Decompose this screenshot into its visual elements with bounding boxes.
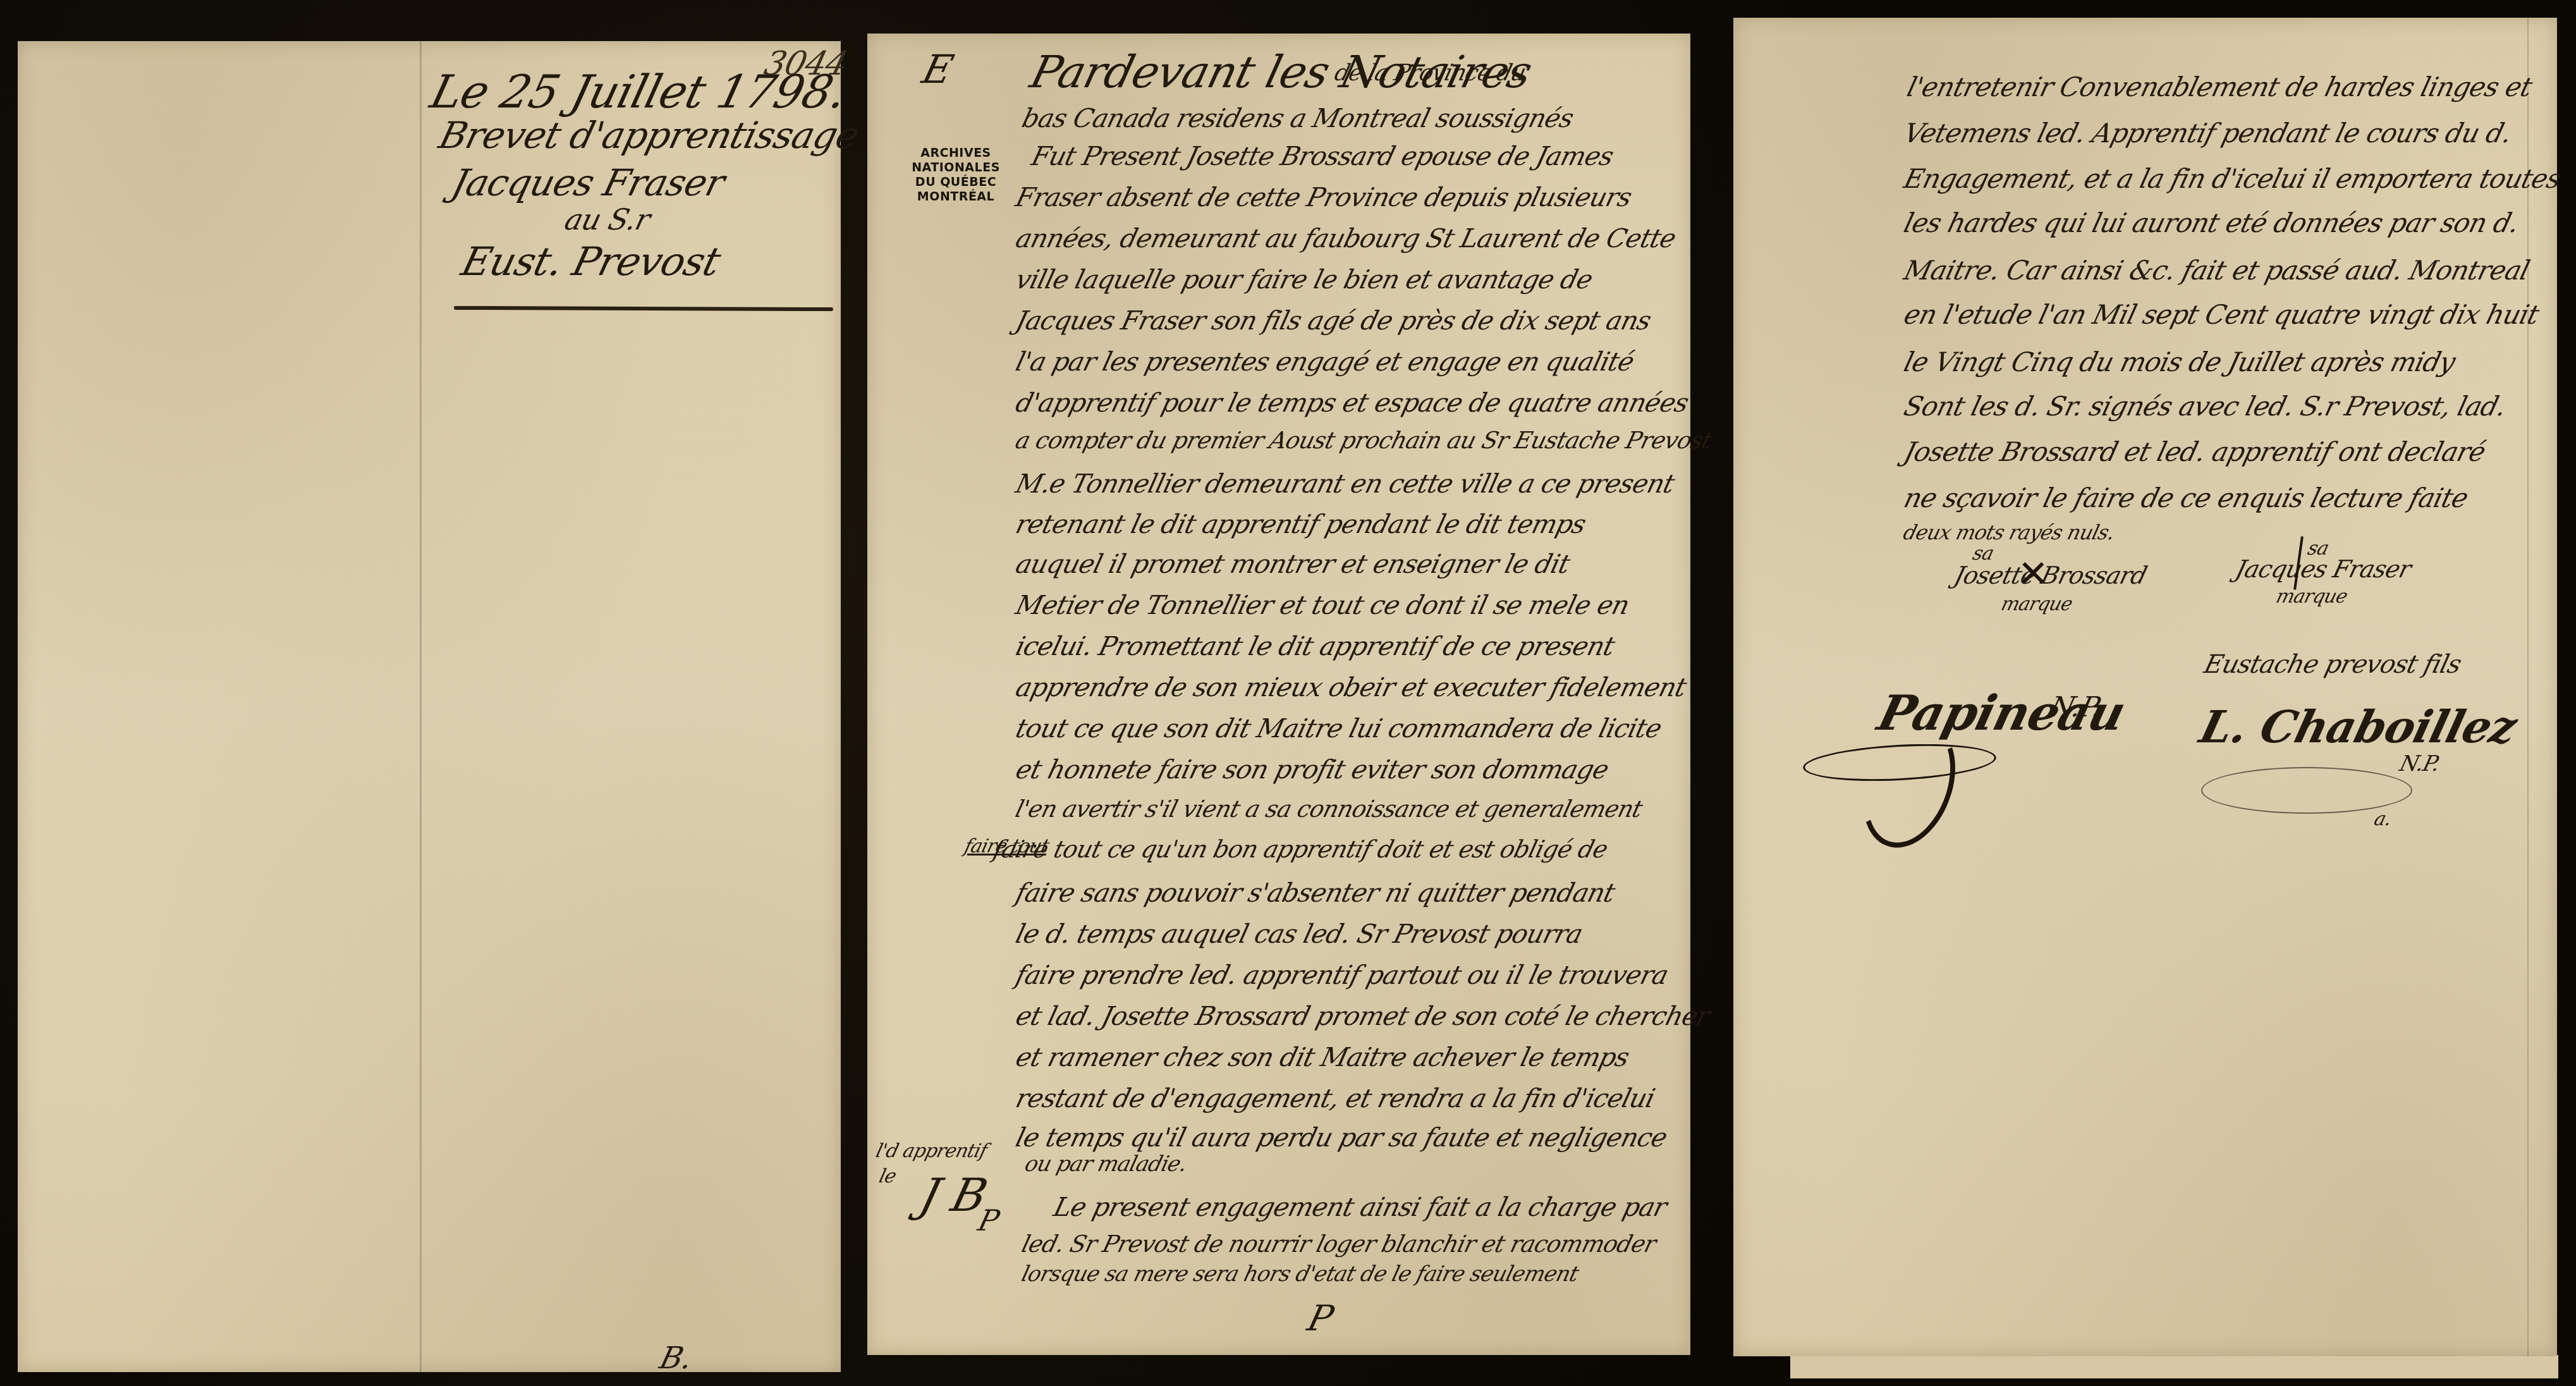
notary-signature-chaboillez: L. Chaboillez — [2195, 701, 2522, 753]
text-line: Sont les d. Sr. signés avec led. S.r Pre… — [1901, 391, 2509, 422]
right-page-contract-end: l'entretenir Convenablement de hardes li… — [1733, 18, 2557, 1356]
archive-stamp: ARCHIVES NATIONALES DU QUÉBEC MONTRÉAL — [880, 146, 1032, 204]
docket-preposition: au S.r — [561, 202, 654, 236]
stamp-line: MONTRÉAL — [880, 190, 1032, 204]
text-line: ville laquelle pour faire le bien et ava… — [1013, 264, 1596, 295]
text-line: le temps qu'il aura perdu par sa faute e… — [1013, 1122, 1670, 1153]
text-line: auquel il promet montrer et enseigner le… — [1013, 549, 1573, 579]
bottom-paraph: P — [1303, 1298, 1337, 1339]
text-line: Jacques Fraser son fils agé de près de d… — [1013, 305, 1654, 336]
text-line: Maitre. Car ainsi &c. fait et passé aud.… — [1901, 255, 2532, 286]
text-line: l'entretenir Convenablement de hardes li… — [1904, 71, 2535, 102]
text-line: en l'etude l'an Mil sept Cent quatre vin… — [1901, 299, 2542, 330]
text-line: Engagement, et a la fin d'icelui il empo… — [1901, 163, 2564, 194]
text-line: Le present engagement ainsi fait a la ch… — [1051, 1192, 1670, 1222]
text-line: restant de d'engagement, et rendra a la … — [1013, 1083, 1657, 1113]
stamp-line: ARCHIVES NATIONALES — [880, 146, 1032, 175]
signature-flourish-icon — [2201, 767, 2412, 814]
text-line: lorsque sa mere sera hors d'etat de le f… — [1019, 1261, 1581, 1287]
text-line: et ramener chez son dit Maitre achever l… — [1013, 1042, 1632, 1072]
document-number: 3044 — [760, 45, 851, 83]
text-line: l'en avertir s'il vient a sa connoissanc… — [1013, 795, 1645, 823]
center-page-contract: E ARCHIVES NATIONALES DU QUÉBEC MONTRÉAL… — [867, 34, 1690, 1355]
text-line: icelui. Promettant le dit apprentif de c… — [1013, 631, 1618, 661]
margin-note-strike: faire tout — [962, 835, 1051, 857]
text-line: faire sans pouvoir s'absenter ni quitter… — [1013, 878, 1618, 908]
notary-suffix: N.P. — [2046, 691, 2105, 723]
text-line: Fut Present Josette Brossard epouse de J… — [1029, 141, 1616, 171]
margin-note: le — [877, 1165, 898, 1187]
text-line: faire tout ce qu'un bon apprentif doit e… — [991, 835, 1611, 863]
docket-underline — [454, 306, 833, 311]
docket-apprentice-name: Jacques Fraser — [448, 161, 729, 204]
x-mark-icon: ✕ — [2018, 552, 2049, 595]
apprentice-marque: marque — [2274, 586, 2350, 608]
text-line: Fraser absent de cette Province depuis p… — [1013, 182, 1635, 212]
text-line: de la Province du — [1332, 60, 1529, 86]
text-line: retenant le dit apprentif pendant le dit… — [1013, 509, 1589, 539]
text-line: ou par maladie. — [1022, 1151, 1189, 1177]
small-mark: a. — [2372, 808, 2393, 830]
text-line: faire prendre led. apprentif partout ou … — [1013, 960, 1671, 990]
text-line: les hardes qui lui auront eté données pa… — [1901, 207, 2522, 238]
corner-mark: E — [918, 46, 957, 92]
margin-note: l'd apprentif — [874, 1140, 989, 1162]
text-line: d'apprentif pour le temps et espace de q… — [1013, 388, 1692, 418]
text-line: a compter du premier Aoust prochain au S… — [1013, 427, 1714, 454]
text-line: l'a par les presentes engagé et engage e… — [1013, 346, 1637, 377]
underlying-sheet-edge — [1790, 1355, 2558, 1378]
text-line: et lad. Josette Brossard promet de son c… — [1013, 1001, 1712, 1031]
text-line: deux mots rayés nuls. — [1901, 520, 2117, 544]
text-line: led. Sr Prevost de nourrir loger blanchi… — [1019, 1230, 1659, 1258]
text-line: le Vingt Cinq du mois de Juillet après m… — [1901, 346, 2458, 377]
text-line: le d. temps auquel cas led. Sr Prevost p… — [1013, 919, 1585, 949]
text-line: bas Canada residens a Montreal soussigné… — [1019, 103, 1577, 133]
text-line: ne sçavoir le faire de ce enquis lecture… — [1901, 482, 2471, 513]
bottom-mark: B. — [656, 1340, 695, 1376]
text-line: tout ce que son dit Maitre lui commander… — [1013, 713, 1664, 744]
text-line: M.e Tonnellier demeurant en cette ville … — [1013, 469, 1677, 499]
text-line: Metier de Tonnellier et tout ce dont il … — [1013, 590, 1632, 620]
mother-name: Josette Brossard — [1951, 561, 2149, 589]
text-line: Josette Brossard et led. apprentif ont d… — [1901, 436, 2489, 467]
text-line: apprendre de son mieux obeir et executer… — [1013, 672, 1689, 702]
master-signature: Eustache prevost fils — [2201, 650, 2464, 679]
mother-marque: marque — [1999, 593, 2075, 615]
left-page-docket: Le 25 Juillet 1798. 3044 Brevet d'appren… — [18, 41, 841, 1372]
notary-suffix: N.P. — [2397, 751, 2442, 776]
text-line: années, demeurant au faubourg St Laurent… — [1013, 223, 1679, 254]
text-line: et honnete faire son profit eviter son d… — [1013, 754, 1612, 785]
stamp-line: DU QUÉBEC — [880, 175, 1032, 190]
docket-title: Brevet d'apprentissage de — [435, 114, 918, 157]
text-line: Vetemens led. Apprentif pendant le cours… — [1901, 118, 2515, 149]
fold-line — [420, 41, 422, 1372]
fold-line — [2527, 18, 2529, 1356]
docket-master-name: Eust. Prevost — [457, 238, 725, 285]
